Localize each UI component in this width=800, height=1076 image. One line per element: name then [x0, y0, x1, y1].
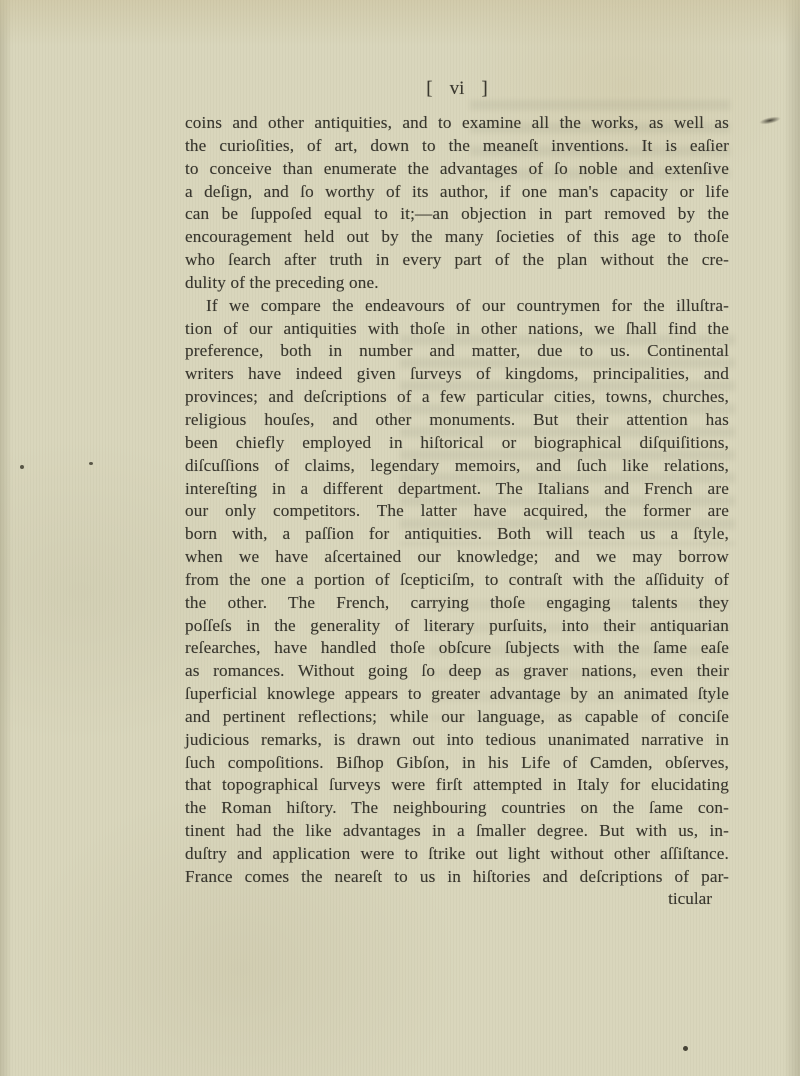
text-line: poſſeſs in the generality of literary pu… [185, 615, 729, 638]
header-open-bracket: [ [426, 78, 432, 100]
text-line: writers have indeed given ſurveys of kin… [185, 363, 729, 386]
text-line: ſuperficial knowlege appears to greater … [185, 683, 729, 706]
text-line: as romances. Without going ſo deep as gr… [185, 660, 729, 683]
text-line: tinent had the like advantages in a ſmal… [185, 820, 729, 843]
text-line: from the one a portion of ſcepticiſm, to… [185, 569, 729, 592]
text-line: judicious remarks, is drawn out into ted… [185, 729, 729, 752]
text-line: been chiefly employed in hiſtorical or b… [185, 432, 729, 455]
text-line: the other. The French, carrying thoſe en… [185, 592, 729, 615]
ink-smudge [758, 115, 783, 127]
body-text-block: coins and other antiquities, and to exam… [185, 112, 729, 889]
text-line: that topographical ſurveys were firſt at… [185, 774, 729, 797]
text-line: intereſting in a different department. T… [185, 478, 729, 501]
catchword: ticular [185, 889, 712, 909]
text-line: reſearches, have handled thoſe obſcure ſ… [185, 637, 729, 660]
text-line: diſcuſſions of claims, legendary memoirs… [185, 455, 729, 478]
text-line: tion of our antiquities with thoſe in ot… [185, 318, 729, 341]
text-line: born with, a paſſion for antiquities. Bo… [185, 523, 729, 546]
text-line: the Roman hiſtory. The neighbouring coun… [185, 797, 729, 820]
text-line: ſuch compoſitions. Biſhop Gibſon, in his… [185, 752, 729, 775]
text-line: to conceive than enumerate the advantage… [185, 158, 729, 181]
page-number-header: [ vi ] [185, 78, 729, 100]
ink-speck [683, 1046, 688, 1051]
page-number: vi [450, 78, 465, 100]
text-line: can be ſuppoſed equal to it;—an objectio… [185, 203, 729, 226]
text-line: when we have aſcertained our knowledge; … [185, 546, 729, 569]
text-line: encouragement held out by the many ſocie… [185, 226, 729, 249]
header-close-bracket: ] [481, 78, 487, 100]
text-line: religious houſes, and other monuments. B… [185, 409, 729, 432]
text-line: France comes the neareſt to us in hiſtor… [185, 866, 729, 889]
text-line: provinces; and deſcriptions of a few par… [185, 386, 729, 409]
text-line: dulity of the preceding one. [185, 272, 729, 295]
ink-speck [20, 465, 24, 469]
text-line: preference, both in number and matter, d… [185, 340, 729, 363]
text-line: and pertinent reflections; while our lan… [185, 706, 729, 729]
text-line: If we compare the endeavours of our coun… [185, 295, 729, 318]
text-line: duſtry and application were to ſtrike ou… [185, 843, 729, 866]
text-line: coins and other antiquities, and to exam… [185, 112, 729, 135]
text-line: our only competitors. The latter have ac… [185, 500, 729, 523]
text-line: who ſearch after truth in every part of … [185, 249, 729, 272]
text-line: a deſign, and ſo worthy of its author, i… [185, 181, 729, 204]
text-line: the curioſities, of art, down to the mea… [185, 135, 729, 158]
ink-speck [89, 462, 93, 465]
